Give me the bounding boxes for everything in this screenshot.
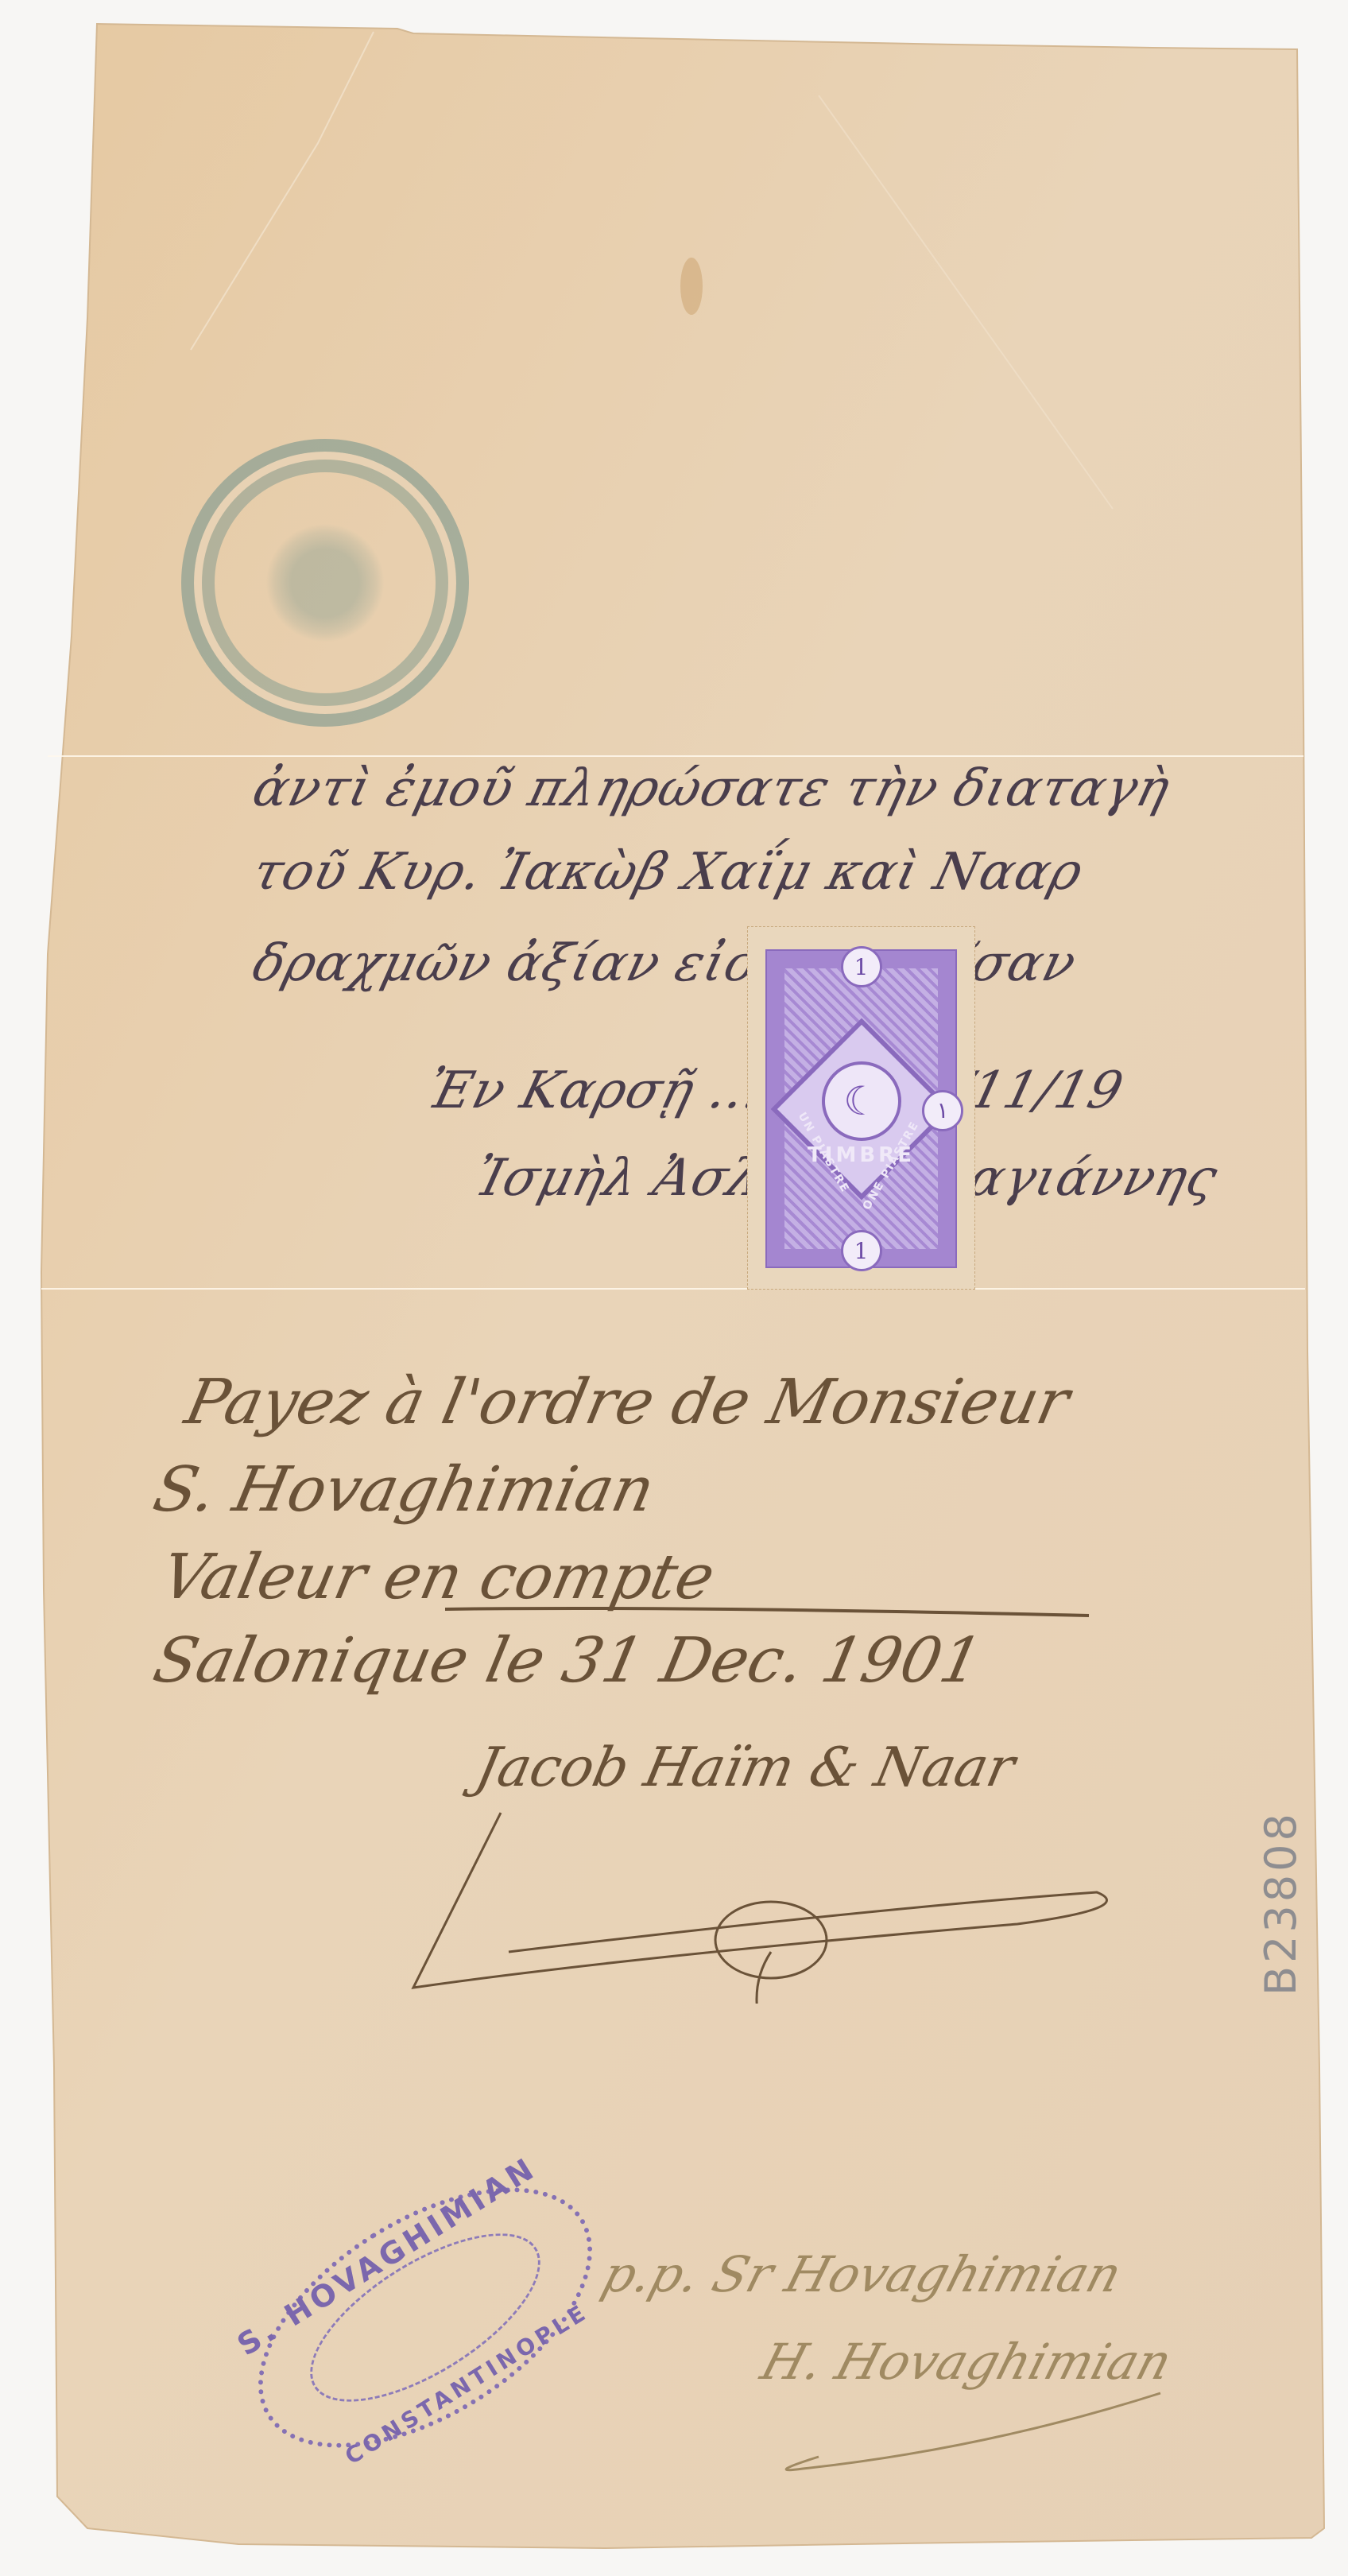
- pencil-catalog-number: B23808: [1256, 1810, 1306, 1996]
- underline-flourish: [445, 1598, 1097, 1622]
- french-line-date: Salonique le 31 Dec. 1901: [149, 1630, 987, 1692]
- fold-line: [48, 755, 1303, 757]
- stamp-word: TIMBRE: [767, 1143, 955, 1167]
- revenue-stamp: ☾ TIMBRE 1 ١ 1 ONE PIASTRE UN PIASTRE: [747, 926, 975, 1290]
- fold-line: [41, 1288, 1305, 1290]
- circular-ink-seal: [181, 439, 469, 727]
- crescent-tughra-icon: ☾: [822, 1061, 901, 1141]
- stamp-frame: ☾ TIMBRE 1 ١ 1 ONE PIASTRE UN PIASTRE: [765, 949, 957, 1268]
- greek-line-2: τοῦ Κυρ. Ἰακὼβ Χαΐμ καὶ Νααρ: [248, 847, 1088, 898]
- document-paper: ἀντὶ ἐμοῦ πληρώσατε τὴν διαταγὴ τοῦ Κυρ.…: [0, 0, 1348, 2576]
- signature-flourish: [397, 1797, 1160, 2004]
- greek-line-1: ἀντὶ ἐμοῦ πληρώσατε τὴν διαταγὴ: [248, 763, 1175, 814]
- signature-hovaghimian: H. Hovaghimian: [756, 2337, 1177, 2387]
- stamp-value-bottom: 1: [841, 1230, 882, 1271]
- signature-jacob-haim-naar: Jacob Haïm & Naar: [471, 1741, 1019, 1795]
- bottom-signature-flourish: [747, 2385, 1192, 2481]
- french-line-payez: Payez à l'ordre de Monsieur: [180, 1371, 1075, 1433]
- stamp-value-top: 1: [841, 946, 882, 987]
- seal-emblem-icon: [265, 523, 385, 642]
- signature-pp-line: p.p. Sr Hovaghimian: [597, 2250, 1126, 2299]
- stamp-value-arabic: ١: [922, 1090, 963, 1131]
- french-line-payee: S. Hovaghimian: [149, 1459, 660, 1521]
